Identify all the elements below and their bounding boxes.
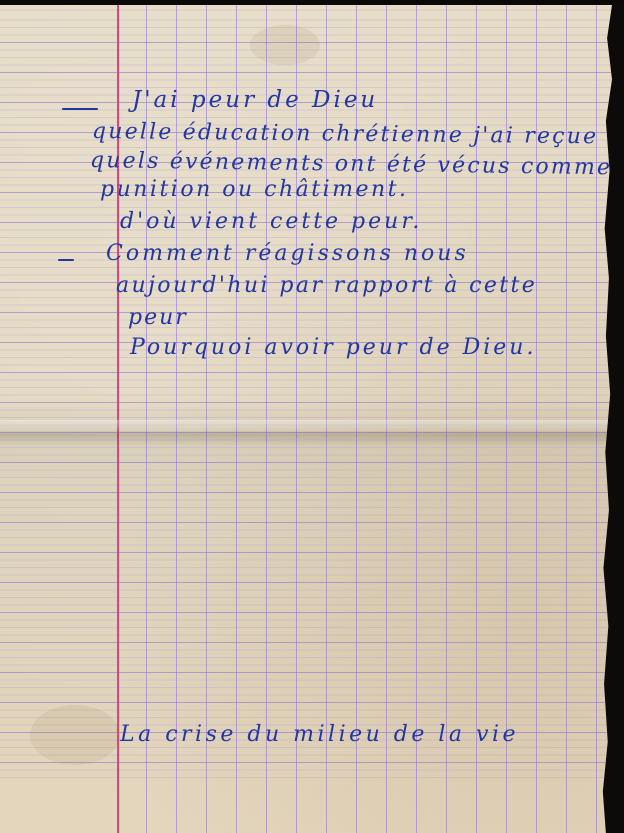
handwritten-line-5: d'où vient cette peur. [120, 209, 422, 234]
handwritten-line-4: punition ou châtiment. [100, 177, 409, 202]
handwritten-line-2: quelle éducation chrétienne j'ai reçue [92, 119, 599, 149]
handwritten-line-9: Pourquoi avoir peur de Dieu. [130, 335, 536, 360]
handwritten-line-6: Comment réagissons nous [106, 241, 469, 266]
handwritten-line-1: J'ai peur de Dieu [132, 87, 378, 113]
paper-stain [30, 705, 120, 765]
handwritten-line-8: peur [128, 305, 188, 330]
ruled-paper-sheet: J'ai peur de Dieu quelle éducation chrét… [0, 5, 612, 833]
dash-bullet-1 [62, 108, 98, 110]
handwritten-line-7: aujourd'hui par rapport à cette [116, 273, 537, 298]
handwritten-footer-line: La crise du milieu de la vie [120, 722, 519, 747]
fold-crease [0, 420, 612, 446]
dash-bullet-2 [58, 259, 74, 261]
scanner-border [0, 0, 624, 5]
paper-stain [250, 25, 320, 65]
